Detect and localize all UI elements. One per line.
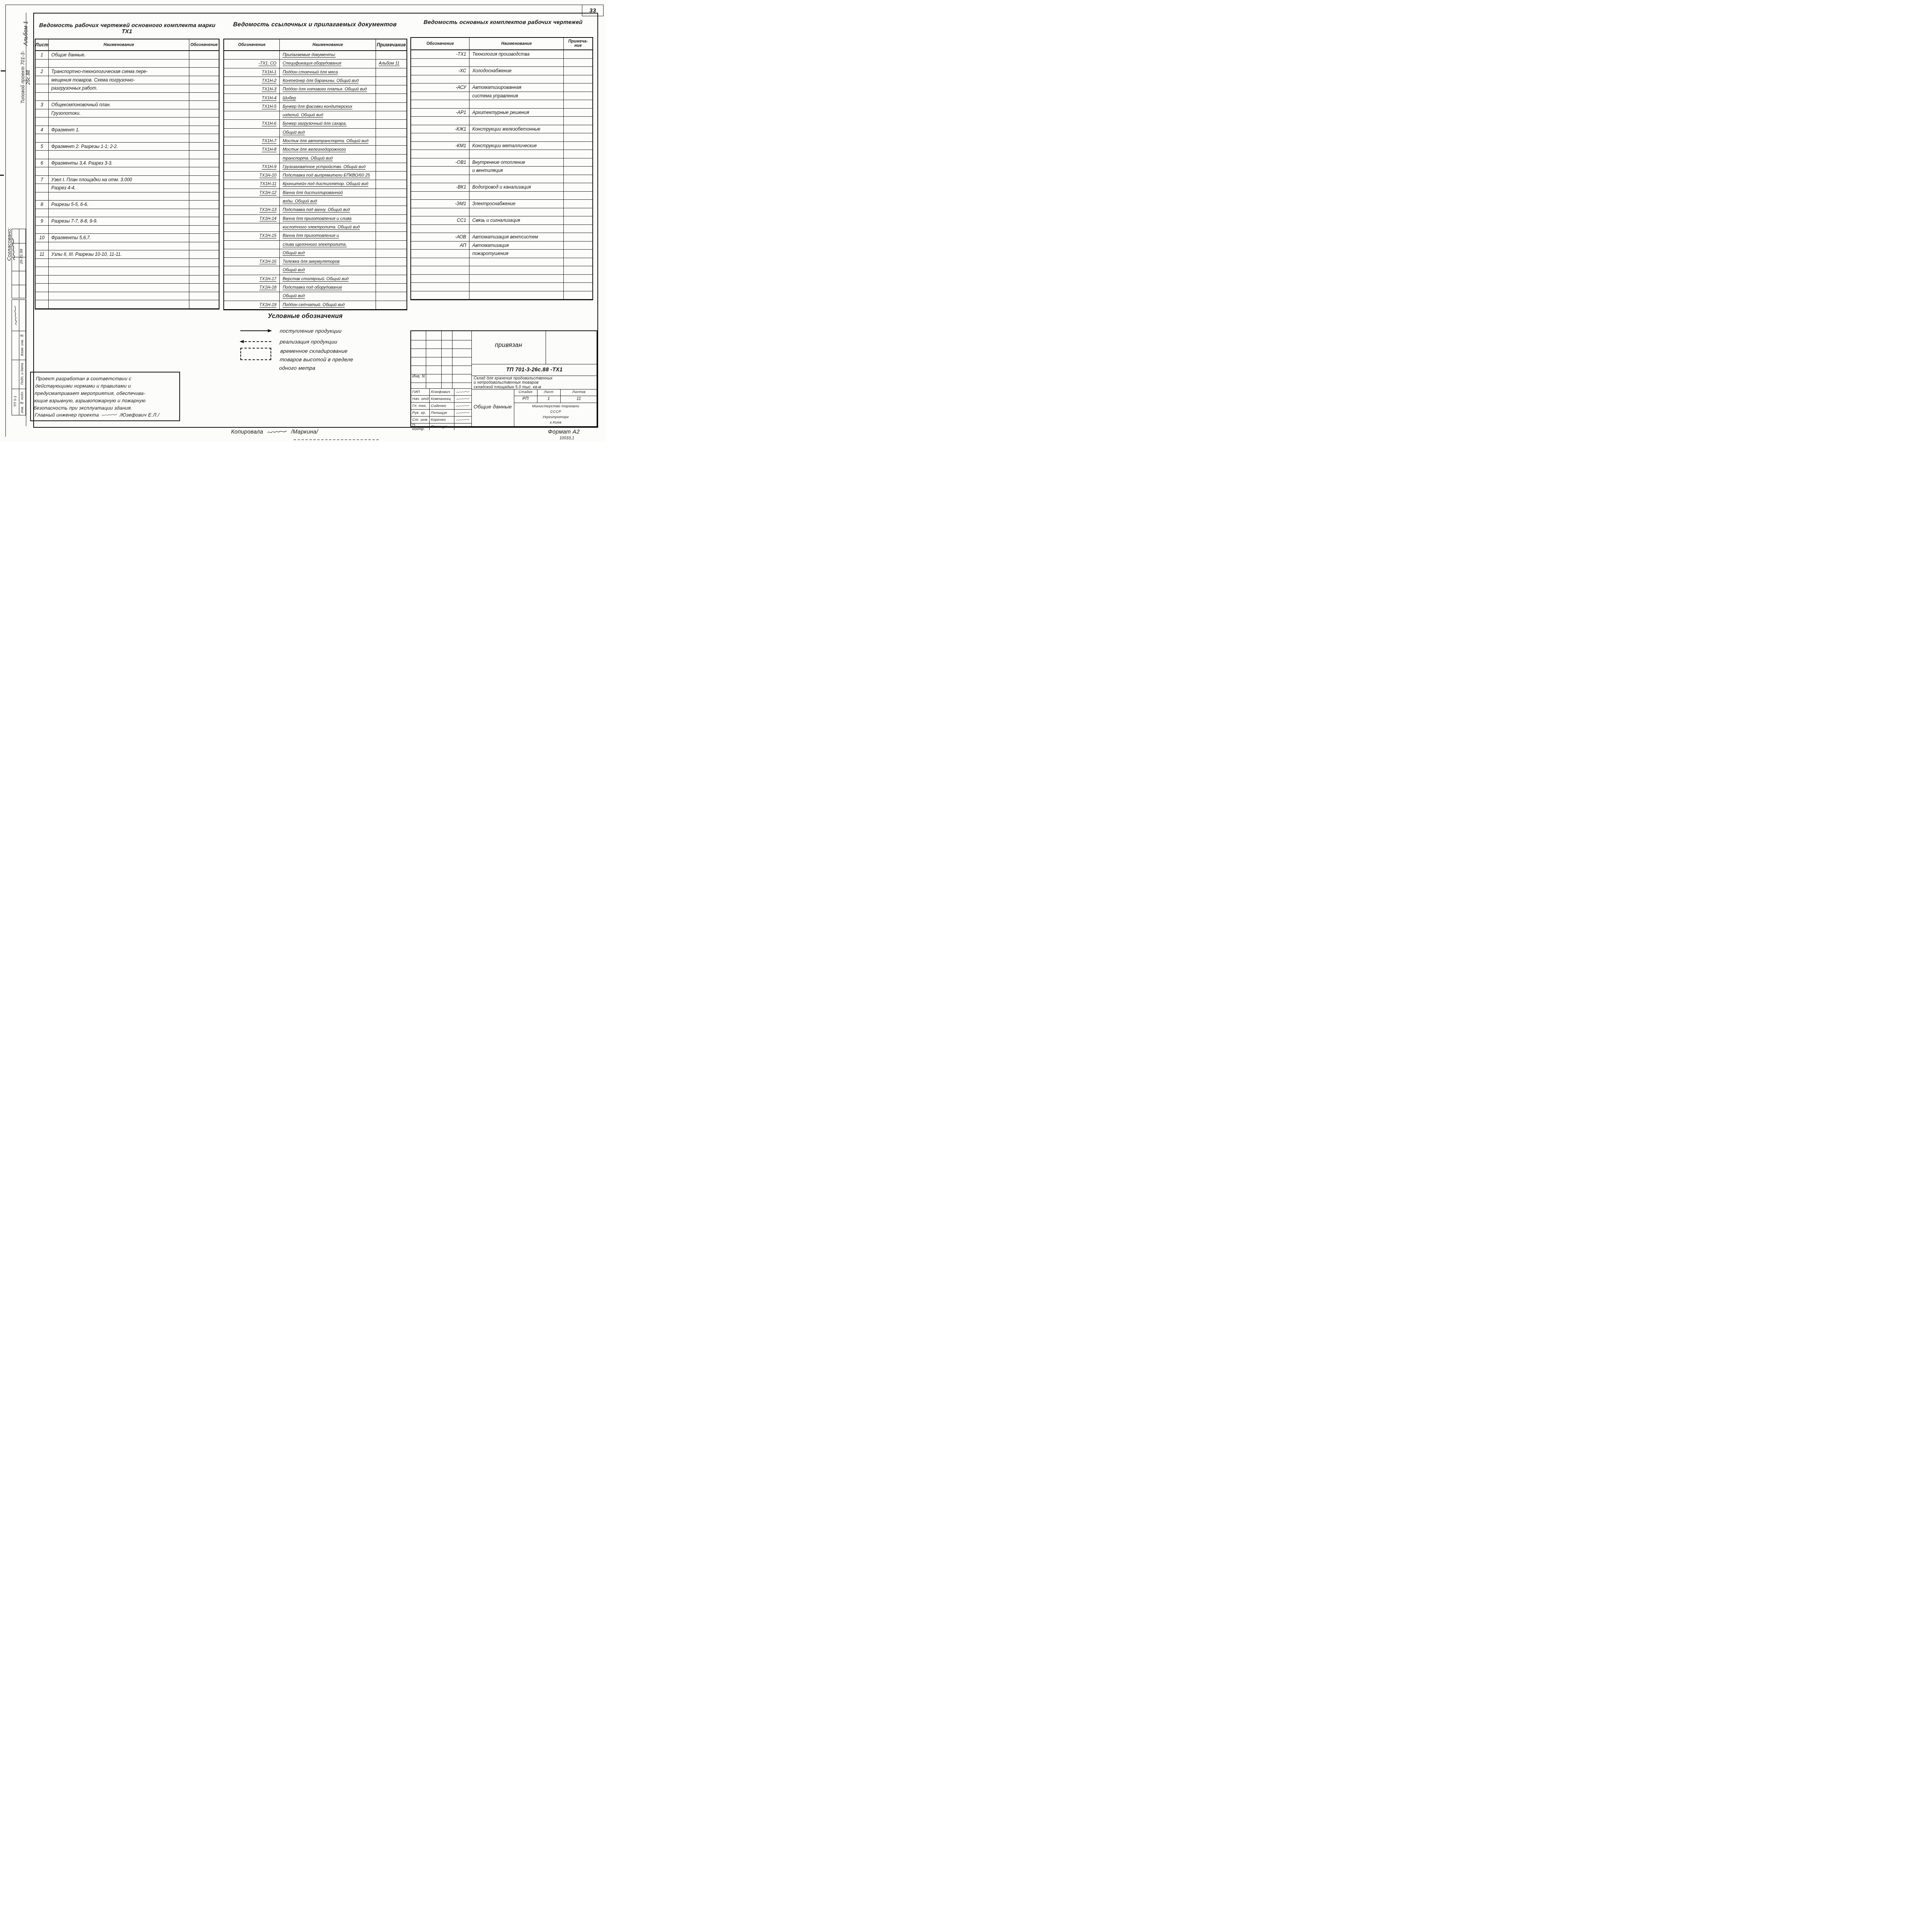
table-cell: Конструкции железобетонные: [469, 125, 564, 134]
table-row: [411, 291, 592, 300]
legend-label: поступление продукции: [279, 327, 342, 335]
table-cell: Разрезы 5-5, 6-6.: [49, 201, 189, 209]
solid-arrow-icon: [240, 330, 271, 331]
table-cell: [411, 92, 469, 100]
table-cell: Ванна для приготовления и: [280, 232, 376, 240]
margin-label-vzam: Взам. инв. №: [19, 332, 25, 359]
table-row: изделий. Общий вид: [224, 111, 406, 120]
table-cell: [376, 206, 406, 214]
table-cell: ТХ1Н-4: [224, 94, 280, 102]
signature-row: Ст. инж.Коренко: [411, 416, 471, 423]
table-row: 2Транспортно-технологическая схема пере-: [36, 68, 219, 76]
table-row: слива щелочного электролита.: [224, 241, 406, 249]
table-cell: [189, 276, 219, 284]
table-cell: [189, 76, 219, 85]
signature-name: Полищук: [430, 423, 454, 430]
table-cell: [224, 292, 280, 301]
signature-role: Нач. отд: [411, 396, 430, 402]
table-cell: [376, 301, 406, 310]
table-cell: [49, 192, 189, 201]
scan-artifact: [1, 70, 5, 71]
table-row: ТХ1Н-1Поддон стоечный для мяса: [224, 68, 406, 77]
table-cell: [564, 283, 592, 291]
copied-by-label: Копировала: [231, 429, 263, 435]
table-row: [36, 226, 219, 234]
table-cell: [564, 50, 592, 59]
table-row: [36, 134, 219, 143]
column-header: Примеча- ние: [564, 38, 592, 50]
table-cell: Общекомпоновочный план.: [49, 101, 189, 109]
table-cell: Фрагмент 2. Разрезы 1-1; 2-2.: [49, 143, 189, 151]
table-row: пожаротушения: [411, 250, 592, 258]
table-cell: [49, 117, 189, 126]
table-cell: [564, 183, 592, 192]
table-cell: [36, 300, 49, 309]
table-row: ТХ1Н-16Тележка для аккумуляторов: [224, 258, 406, 266]
table-row: [36, 167, 219, 176]
signature-icon: [454, 403, 471, 409]
copied-by: Копировала /Маркина/: [231, 429, 318, 435]
table-cell: [376, 180, 406, 189]
table-cell: [36, 284, 49, 292]
table-row: [411, 266, 592, 275]
table-cell: [189, 267, 219, 276]
table-cell: [49, 151, 189, 159]
legend-title: Условные обозначения: [251, 313, 359, 320]
table-cell: [36, 226, 49, 234]
table-cell: -ТХ1. СО: [224, 60, 280, 68]
table-cell: [49, 284, 189, 292]
table-cell: [376, 292, 406, 301]
stage-header-stadia: Стадия: [514, 390, 537, 394]
table-cell: [36, 84, 49, 93]
table-cell: ТХ1Н-18: [224, 284, 280, 292]
table-cell: [469, 225, 564, 233]
table-cell: Технология производства: [469, 50, 564, 59]
table-cell: [564, 192, 592, 200]
table-row: [36, 60, 219, 68]
table-row: [411, 258, 592, 267]
table-cell: [376, 275, 406, 284]
table-cell: [376, 163, 406, 172]
table-row: Общий вид: [224, 292, 406, 301]
table-cell: [469, 291, 564, 300]
table-cell: [469, 283, 564, 291]
table-cell: [376, 223, 406, 232]
table-cell: 10: [36, 234, 49, 242]
table-cell: СС1: [411, 216, 469, 225]
table-cell: [411, 133, 469, 142]
table-cell: [469, 133, 564, 142]
table-cell: [224, 241, 280, 249]
table-row: ТХ1Н-18Подставка под оборудование: [224, 284, 406, 292]
table-cell: [49, 226, 189, 234]
table-cell: [376, 103, 406, 111]
table-cell: [376, 77, 406, 85]
table-cell: [189, 192, 219, 201]
table-cell: [564, 109, 592, 117]
table-cell: [189, 84, 219, 93]
table-cell: мещения товаров. Схема погрузочно-: [49, 76, 189, 85]
table-cell: Шибер: [280, 94, 376, 102]
table-cell: Общий вид: [280, 292, 376, 301]
stage-header-list: Лист: [537, 390, 560, 394]
table-cell: [376, 249, 406, 258]
table-row: ТХ1Н-12Ванна для дистиллированной: [224, 189, 406, 197]
table-cell: [49, 60, 189, 68]
signature-icon: [101, 413, 118, 418]
table-cell: [564, 200, 592, 208]
table-cell: ТХ1Н-11: [224, 180, 280, 189]
table-header-row: ОбозначениеНаименованиеПримечание: [224, 39, 406, 51]
table-cell: [469, 59, 564, 67]
legend-item-incoming: поступление продукции: [240, 327, 342, 335]
table-cell: Грузопотоки.: [49, 109, 189, 118]
margin-signature: [13, 303, 20, 328]
note-sign-name: /Юзефович Е.Л./: [120, 412, 160, 418]
table-cell: Спецификация оборудования: [280, 60, 376, 68]
table-cell: -КМ1: [411, 142, 469, 150]
signature-icon: [267, 429, 287, 435]
table-row: -АСУАвтоматизированная: [411, 83, 592, 92]
sheet-edge-top: [5, 5, 603, 5]
table-cell: [411, 266, 469, 275]
doc-number: ТП 701-3-26с.88 -ТХ1: [471, 366, 597, 372]
table-cell: [411, 275, 469, 283]
table-cell: [469, 275, 564, 283]
table-cell: пожаротушения: [469, 250, 564, 258]
table-row: и вентиляция: [411, 167, 592, 175]
title-block: Инв. N ГИПЮзефовичНач. отдКомпанеецГл. т…: [410, 330, 597, 427]
table-cell: система управления: [469, 92, 564, 100]
table-row: ТХ1Н-3Поддон для готового платья. Общий …: [224, 85, 406, 94]
table-cell: [411, 175, 469, 184]
main-sets-table-title: Ведомость основных комплектов рабочих че…: [408, 19, 597, 26]
table-cell: [189, 117, 219, 126]
table-cell: [189, 209, 219, 218]
table-cell: Фрагмент 1.: [49, 126, 189, 134]
table-cell: Общий вид: [280, 129, 376, 137]
table-cell: 2: [36, 68, 49, 76]
table-cell: [564, 291, 592, 300]
signature-row: Нач. отдКомпанеец: [411, 395, 471, 402]
table-cell: -АОВ: [411, 233, 469, 241]
table-cell: [376, 68, 406, 77]
table-header-row: ОбозначениеНаименованиеПримеча- ние: [411, 38, 592, 50]
table-cell: [411, 283, 469, 291]
table-cell: ТХ1Н-5: [224, 103, 280, 111]
table-row: [36, 117, 219, 126]
signature-icon: [454, 423, 471, 430]
table-cell: [376, 232, 406, 240]
table-cell: ТХ1Н-16: [224, 258, 280, 266]
table-cell: 5: [36, 143, 49, 151]
table-cell: [411, 150, 469, 158]
table-cell: [564, 59, 592, 67]
table-cell: [376, 94, 406, 102]
table-cell: Подставка под выпрямители ЕПКВО/60 25: [280, 172, 376, 180]
margin-label-podp: Подп. и дата: [19, 361, 25, 388]
table-cell: [36, 209, 49, 218]
table-cell: [411, 192, 469, 200]
table-row: -АОВАвтоматизация вентсистем: [411, 233, 592, 241]
table-cell: Ванна для дистиллированной: [280, 189, 376, 197]
table-row: [411, 150, 592, 158]
table-cell: ТХ1Н-12: [224, 189, 280, 197]
table-cell: -АР1: [411, 109, 469, 117]
working-table-title: Ведомость рабочих чертежей основного ком…: [34, 22, 221, 35]
table-cell: [189, 234, 219, 242]
signature-role: Ст. инж.: [411, 417, 430, 423]
table-row: Грузопотоки.: [36, 109, 219, 118]
table-cell: 9: [36, 217, 49, 226]
table-row: воды. Общий вид: [224, 197, 406, 206]
table-cell: Архитектурные решения: [469, 109, 564, 117]
table-cell: Кронштейн под дистиллятор. Общий вид: [280, 180, 376, 189]
table-cell: [564, 258, 592, 267]
table-cell: [189, 226, 219, 234]
table-cell: Внутренние отопление: [469, 158, 564, 167]
table-cell: [189, 51, 219, 60]
table-cell: Разрезы 7-7, 8-8, 9-9.: [49, 217, 189, 226]
table-cell: [189, 68, 219, 76]
table-row: 11Узлы II, III. Разрезы 10-10, 11-11.: [36, 250, 219, 259]
table-cell: 1: [36, 51, 49, 60]
signature-icon: [454, 389, 471, 395]
scan-artifact: [0, 175, 4, 176]
table-cell: [564, 92, 592, 100]
table-cell: [411, 59, 469, 67]
column-header: Лист: [36, 39, 49, 51]
table-cell: [36, 76, 49, 85]
table-cell: [376, 241, 406, 249]
table-cell: Электроснабжение: [469, 200, 564, 208]
table-row: [36, 300, 219, 309]
margin-label-inv: Инв. № подл.: [19, 389, 25, 415]
table-row: [411, 133, 592, 142]
table-cell: Прилагаемые документы:: [280, 51, 376, 60]
table-cell: разгрузочных работ.: [49, 84, 189, 93]
table-row: 9Разрезы 7-7, 8-8, 9-9.: [36, 217, 219, 226]
table-cell: [189, 159, 219, 168]
table-row: система управления: [411, 92, 592, 100]
copied-by-name: /Маркина/: [291, 429, 318, 435]
table-cell: [189, 126, 219, 134]
table-cell: [564, 241, 592, 250]
table-cell: [564, 233, 592, 241]
table-cell: [189, 300, 219, 309]
table-cell: -ХС: [411, 67, 469, 75]
column-header: Примечание: [376, 39, 406, 51]
approval-date: 29.01.88: [18, 235, 25, 277]
linked-label: привязан: [471, 342, 546, 349]
table-row: ТХ1Н-2Контейнер для баранины. Общий вид: [224, 77, 406, 85]
table-cell: [564, 67, 592, 75]
table-row: 8Разрезы 5-5, 6-6.: [36, 201, 219, 209]
table-row: ТХ1Н-9Грузозахватное устройство. Общий в…: [224, 163, 406, 172]
table-cell: ТХ1Н-9: [224, 163, 280, 172]
stage-value: РП: [514, 396, 537, 401]
table-cell: [411, 225, 469, 233]
signature-role: Н. контр.: [411, 423, 430, 430]
table-cell: -ТХ1: [411, 50, 469, 59]
table-cell: [469, 100, 564, 109]
table-row: -ТХ1Технология производства: [411, 50, 592, 59]
dashed-arrow-icon: [240, 341, 271, 342]
table-row: [411, 175, 592, 184]
stage-header-listov: Листов: [560, 390, 597, 394]
table-cell: [469, 258, 564, 267]
table-row: ТХ1Н-4Шибер: [224, 94, 406, 102]
table-cell: [49, 300, 189, 309]
table-cell: [224, 129, 280, 137]
scan-artifact: [294, 439, 379, 440]
signature-row: Гл. тех.Сиденко: [411, 402, 471, 409]
table-cell: [564, 275, 592, 283]
table-cell: Водопровод и канализация: [469, 183, 564, 192]
table-cell: [189, 217, 219, 226]
table-cell: [469, 75, 564, 84]
table-cell: [411, 208, 469, 217]
table-cell: кислотного электролита. Общий вид: [280, 223, 376, 232]
table-cell: [224, 111, 280, 120]
table-cell: [36, 259, 49, 267]
table-cell: ТХ1Н-17: [224, 275, 280, 284]
signature-role: Рук. гр.: [411, 410, 430, 416]
table-cell: [376, 284, 406, 292]
table-row: ТХ1Н-8Мостик для железнодорожного: [224, 146, 406, 154]
table-cell: Транспортно-технологическая схема пере-: [49, 68, 189, 76]
table-cell: 4: [36, 126, 49, 134]
table-row: [36, 292, 219, 301]
table-cell: [376, 120, 406, 128]
note-box: Проект разработан в соответствии с дейст…: [30, 372, 180, 421]
table-cell: [469, 192, 564, 200]
signature-row: ГИПЮзефович: [411, 388, 471, 395]
table-cell: [189, 176, 219, 184]
format-label: Формат А2: [548, 429, 598, 435]
table-cell: ТХ1Н-3: [224, 85, 280, 94]
table-row: -ЭМ1Электроснабжение: [411, 200, 592, 208]
table-row: Общий вид: [224, 249, 406, 258]
column-header: Наименование: [280, 39, 376, 51]
table-row: ТХ1Н-14Ванна для приготовления и слива: [224, 215, 406, 223]
table-cell: [564, 75, 592, 84]
table-cell: [564, 100, 592, 109]
table-row: [36, 259, 219, 267]
table-row: Общий вид: [224, 129, 406, 137]
table-row: [36, 284, 219, 292]
note-sign-label: Главный инженер проекта: [35, 412, 99, 418]
table-cell: [376, 266, 406, 275]
table-cell: Узлы II, III. Разрезы 10-10, 11-11.: [49, 250, 189, 259]
table-row: -КМ1Конструкции металлические: [411, 142, 592, 150]
table-cell: [376, 189, 406, 197]
table-cell: Бункер загрузочный для сахара.: [280, 120, 376, 128]
table-cell: [411, 75, 469, 84]
column-header: Обозначение: [411, 38, 469, 50]
table-row: -КЖ1Конструкции железобетонные: [411, 125, 592, 134]
table-row: ТХ1Н-13Подставка под ванну. Общий вид: [224, 206, 406, 214]
signature-icon: [454, 417, 471, 423]
table-cell: [49, 167, 189, 176]
table-cell: [36, 117, 49, 126]
table-row: [36, 151, 219, 159]
table-cell: [189, 109, 219, 118]
column-header: Наименование: [469, 38, 564, 50]
table-cell: [36, 60, 49, 68]
table-row: ТХ1Н-17Верстак столярный. Общий вид: [224, 275, 406, 284]
table-row: [411, 100, 592, 109]
table-cell: [36, 267, 49, 276]
table-cell: Подставка под оборудование: [280, 284, 376, 292]
table-cell: [469, 150, 564, 158]
table-cell: [36, 93, 49, 101]
table-row: [36, 192, 219, 201]
main-sets-table: ОбозначениеНаименованиеПримеча- ние-ТХ1Т…: [410, 37, 593, 300]
table-row: [411, 275, 592, 283]
table-row: -ХСХолодоснабжение: [411, 67, 592, 75]
table-cell: [376, 258, 406, 266]
table-cell: [564, 158, 592, 167]
referenced-docs-table: ОбозначениеНаименованиеПримечаниеПрилага…: [223, 39, 407, 310]
table-cell: [224, 249, 280, 258]
table-row: мещения товаров. Схема погрузочно-: [36, 76, 219, 85]
signature-row: Рук. гр.Полищук: [411, 409, 471, 416]
table-cell: [564, 208, 592, 217]
table-cell: слива щелочного электролита.: [280, 241, 376, 249]
table-cell: Общий вид: [280, 249, 376, 258]
table-row: ТХ1Н-19Поддон сетчатый. Общий вид: [224, 301, 406, 310]
table-cell: [189, 242, 219, 251]
table-cell: ТХ1Н-8: [224, 146, 280, 154]
table-cell: [36, 242, 49, 251]
table-cell: [564, 125, 592, 134]
table-cell: [189, 151, 219, 159]
table-cell: [411, 167, 469, 175]
table-row: ТХ1Н-15Ванна для приготовления и: [224, 232, 406, 240]
table-cell: [189, 101, 219, 109]
table-cell: Подставка под ванну. Общий вид: [280, 206, 376, 214]
table-cell: [564, 83, 592, 92]
table-cell: и вентиляция: [469, 167, 564, 175]
table-cell: 11: [36, 250, 49, 259]
table-cell: [36, 109, 49, 118]
table-cell: Альбом 11: [376, 60, 406, 68]
table-row: 5Фрагмент 2. Разрезы 1-1; 2-2.: [36, 143, 219, 151]
working-drawings-table: ЛистНаименованиеОбозначение1Общие данные…: [35, 39, 219, 310]
table-row: СС1Связь и сигнализация: [411, 216, 592, 225]
inv-number-label: Инв. N: [412, 374, 425, 379]
table-cell: Узел I. План площадки на отм. 3.000: [49, 176, 189, 184]
table-cell: [49, 209, 189, 218]
note-text: Проект разработан в соответствии с дейст…: [34, 375, 179, 412]
table-cell: ТХ1Н-6: [224, 120, 280, 128]
table-cell: Общие данные.: [49, 51, 189, 60]
table-cell: [36, 167, 49, 176]
table-cell: -КЖ1: [411, 125, 469, 134]
table-cell: Мостик для автотранспорта. Общий вид: [280, 137, 376, 146]
table-cell: Связь и сигнализация: [469, 216, 564, 225]
table-cell: Автоматизация: [469, 241, 564, 250]
column-header: Обозначение: [189, 39, 219, 51]
table-cell: -ЭМ1: [411, 200, 469, 208]
table-cell: [189, 167, 219, 176]
table-cell: [564, 133, 592, 142]
table-cell: Поддон стоечный для мяса: [280, 68, 376, 77]
table-cell: [469, 117, 564, 125]
object-name: Склад для хранения продовольственных и н…: [474, 376, 597, 389]
